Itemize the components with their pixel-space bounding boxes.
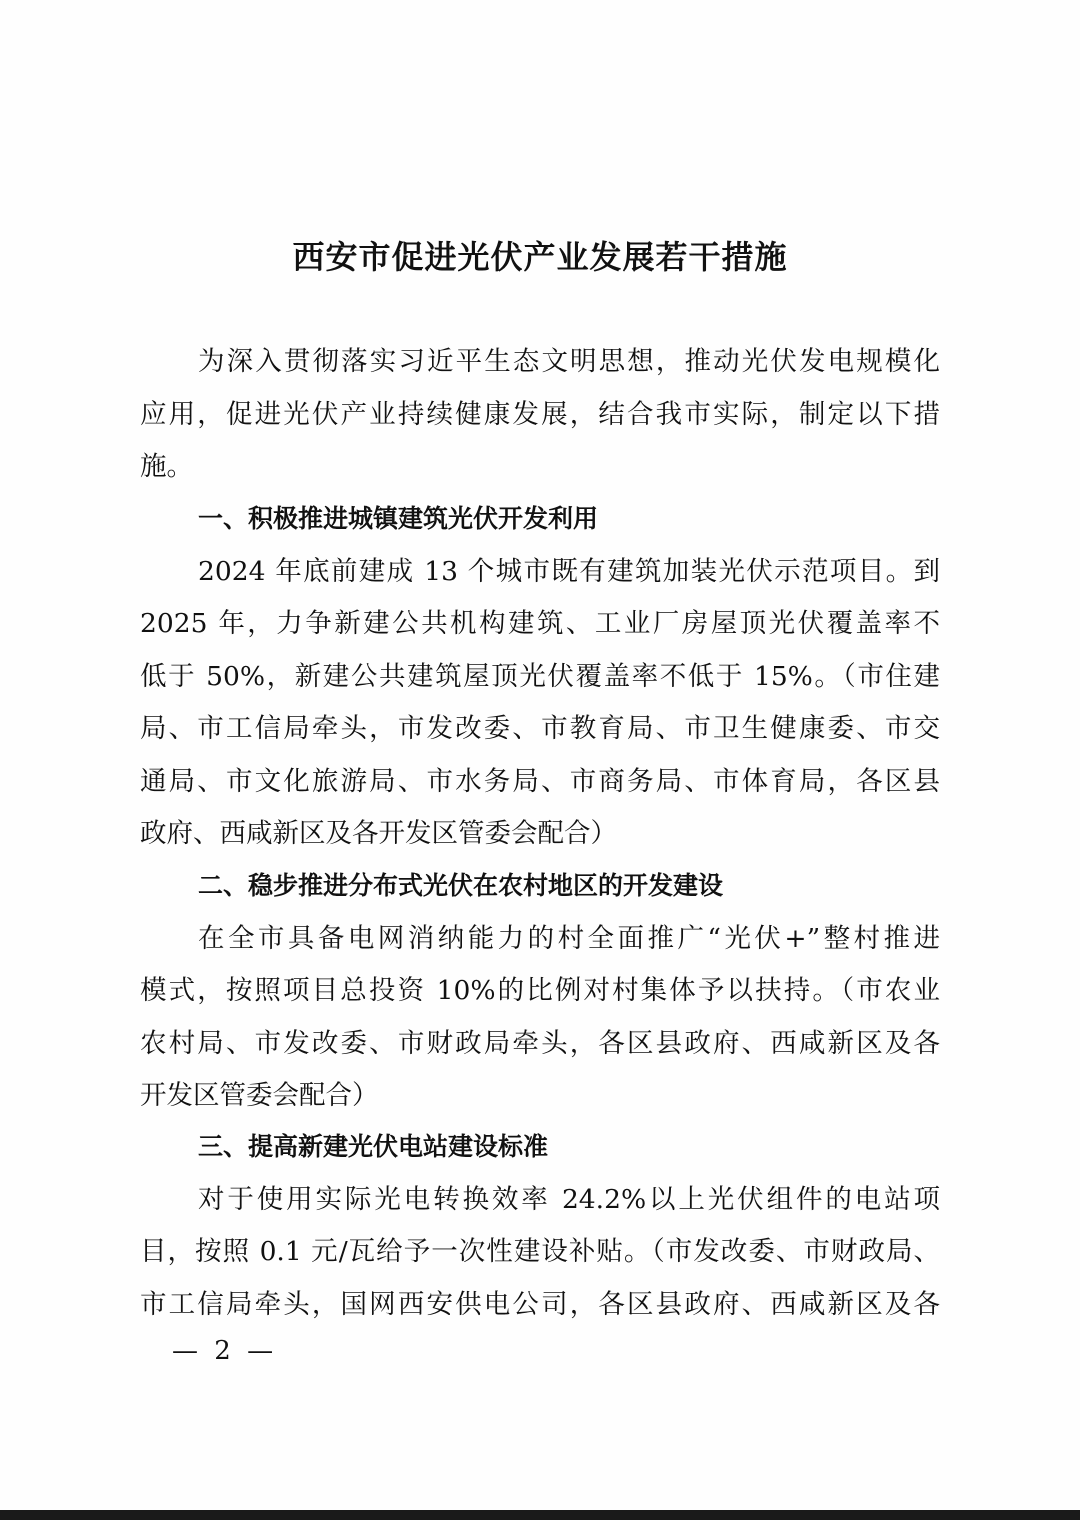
text-line: 模式，按照项目总投资 10%的比例对村集体予以扶持。（市农业	[140, 965, 940, 1018]
section-1: 一、积极推进城镇建筑光伏开发利用 2024 年底前建成 13 个城市既有建筑加装…	[140, 493, 940, 861]
document-page: 西安市促进光伏产业发展若干措施 为深入贯彻落实习近平生态文明思想，推动光伏发电规…	[0, 0, 1080, 1510]
text-line: 政府、西咸新区及各开发区管委会配合）	[140, 808, 940, 861]
text-line: 应用，促进光伏产业持续健康发展，结合我市实际，制定以下措	[140, 389, 940, 442]
text-line: 市工信局牵头，国网西安供电公司，各区县政府、西咸新区及各	[140, 1279, 940, 1332]
bottom-bar	[0, 1510, 1080, 1520]
intro-paragraph: 为深入贯彻落实习近平生态文明思想，推动光伏发电规模化 应用，促进光伏产业持续健康…	[140, 336, 940, 494]
section-heading: 一、积极推进城镇建筑光伏开发利用	[140, 493, 940, 546]
text-line: 在全市具备电网消纳能力的村全面推广“光伏+”整村推进	[140, 913, 940, 966]
section-3: 三、提高新建光伏电站建设标准 对于使用实际光电转换效率 24.2%以上光伏组件的…	[140, 1121, 940, 1331]
text-line: 局、市工信局牵头，市发改委、市教育局、市卫生健康委、市交	[140, 703, 940, 756]
section-2: 二、稳步推进分布式光伏在农村地区的开发建设 在全市具备电网消纳能力的村全面推广“…	[140, 860, 940, 1123]
text-line: 农村局、市发改委、市财政局牵头，各区县政府、西咸新区及各	[140, 1018, 940, 1071]
document-title: 西安市促进光伏产业发展若干措施	[0, 232, 1080, 282]
text-line: 施。	[140, 441, 940, 494]
section-heading: 三、提高新建光伏电站建设标准	[140, 1121, 940, 1174]
text-line: 目，按照 0.1 元/瓦给予一次性建设补贴。（市发改委、市财政局、	[140, 1226, 940, 1279]
text-line: 为深入贯彻落实习近平生态文明思想，推动光伏发电规模化	[140, 336, 940, 389]
text-line: 通局、市文化旅游局、市水务局、市商务局、市体育局，各区县	[140, 756, 940, 809]
text-line: 开发区管委会配合）	[140, 1070, 940, 1123]
page-number: — 2 —	[172, 1336, 277, 1366]
text-line: 低于 50%，新建公共建筑屋顶光伏覆盖率不低于 15%。（市住建	[140, 651, 940, 704]
text-line: 2024 年底前建成 13 个城市既有建筑加装光伏示范项目。到	[140, 546, 940, 599]
section-heading: 二、稳步推进分布式光伏在农村地区的开发建设	[140, 860, 940, 913]
text-line: 2025 年，力争新建公共机构建筑、工业厂房屋顶光伏覆盖率不	[140, 598, 940, 651]
text-line: 对于使用实际光电转换效率 24.2%以上光伏组件的电站项	[140, 1174, 940, 1227]
